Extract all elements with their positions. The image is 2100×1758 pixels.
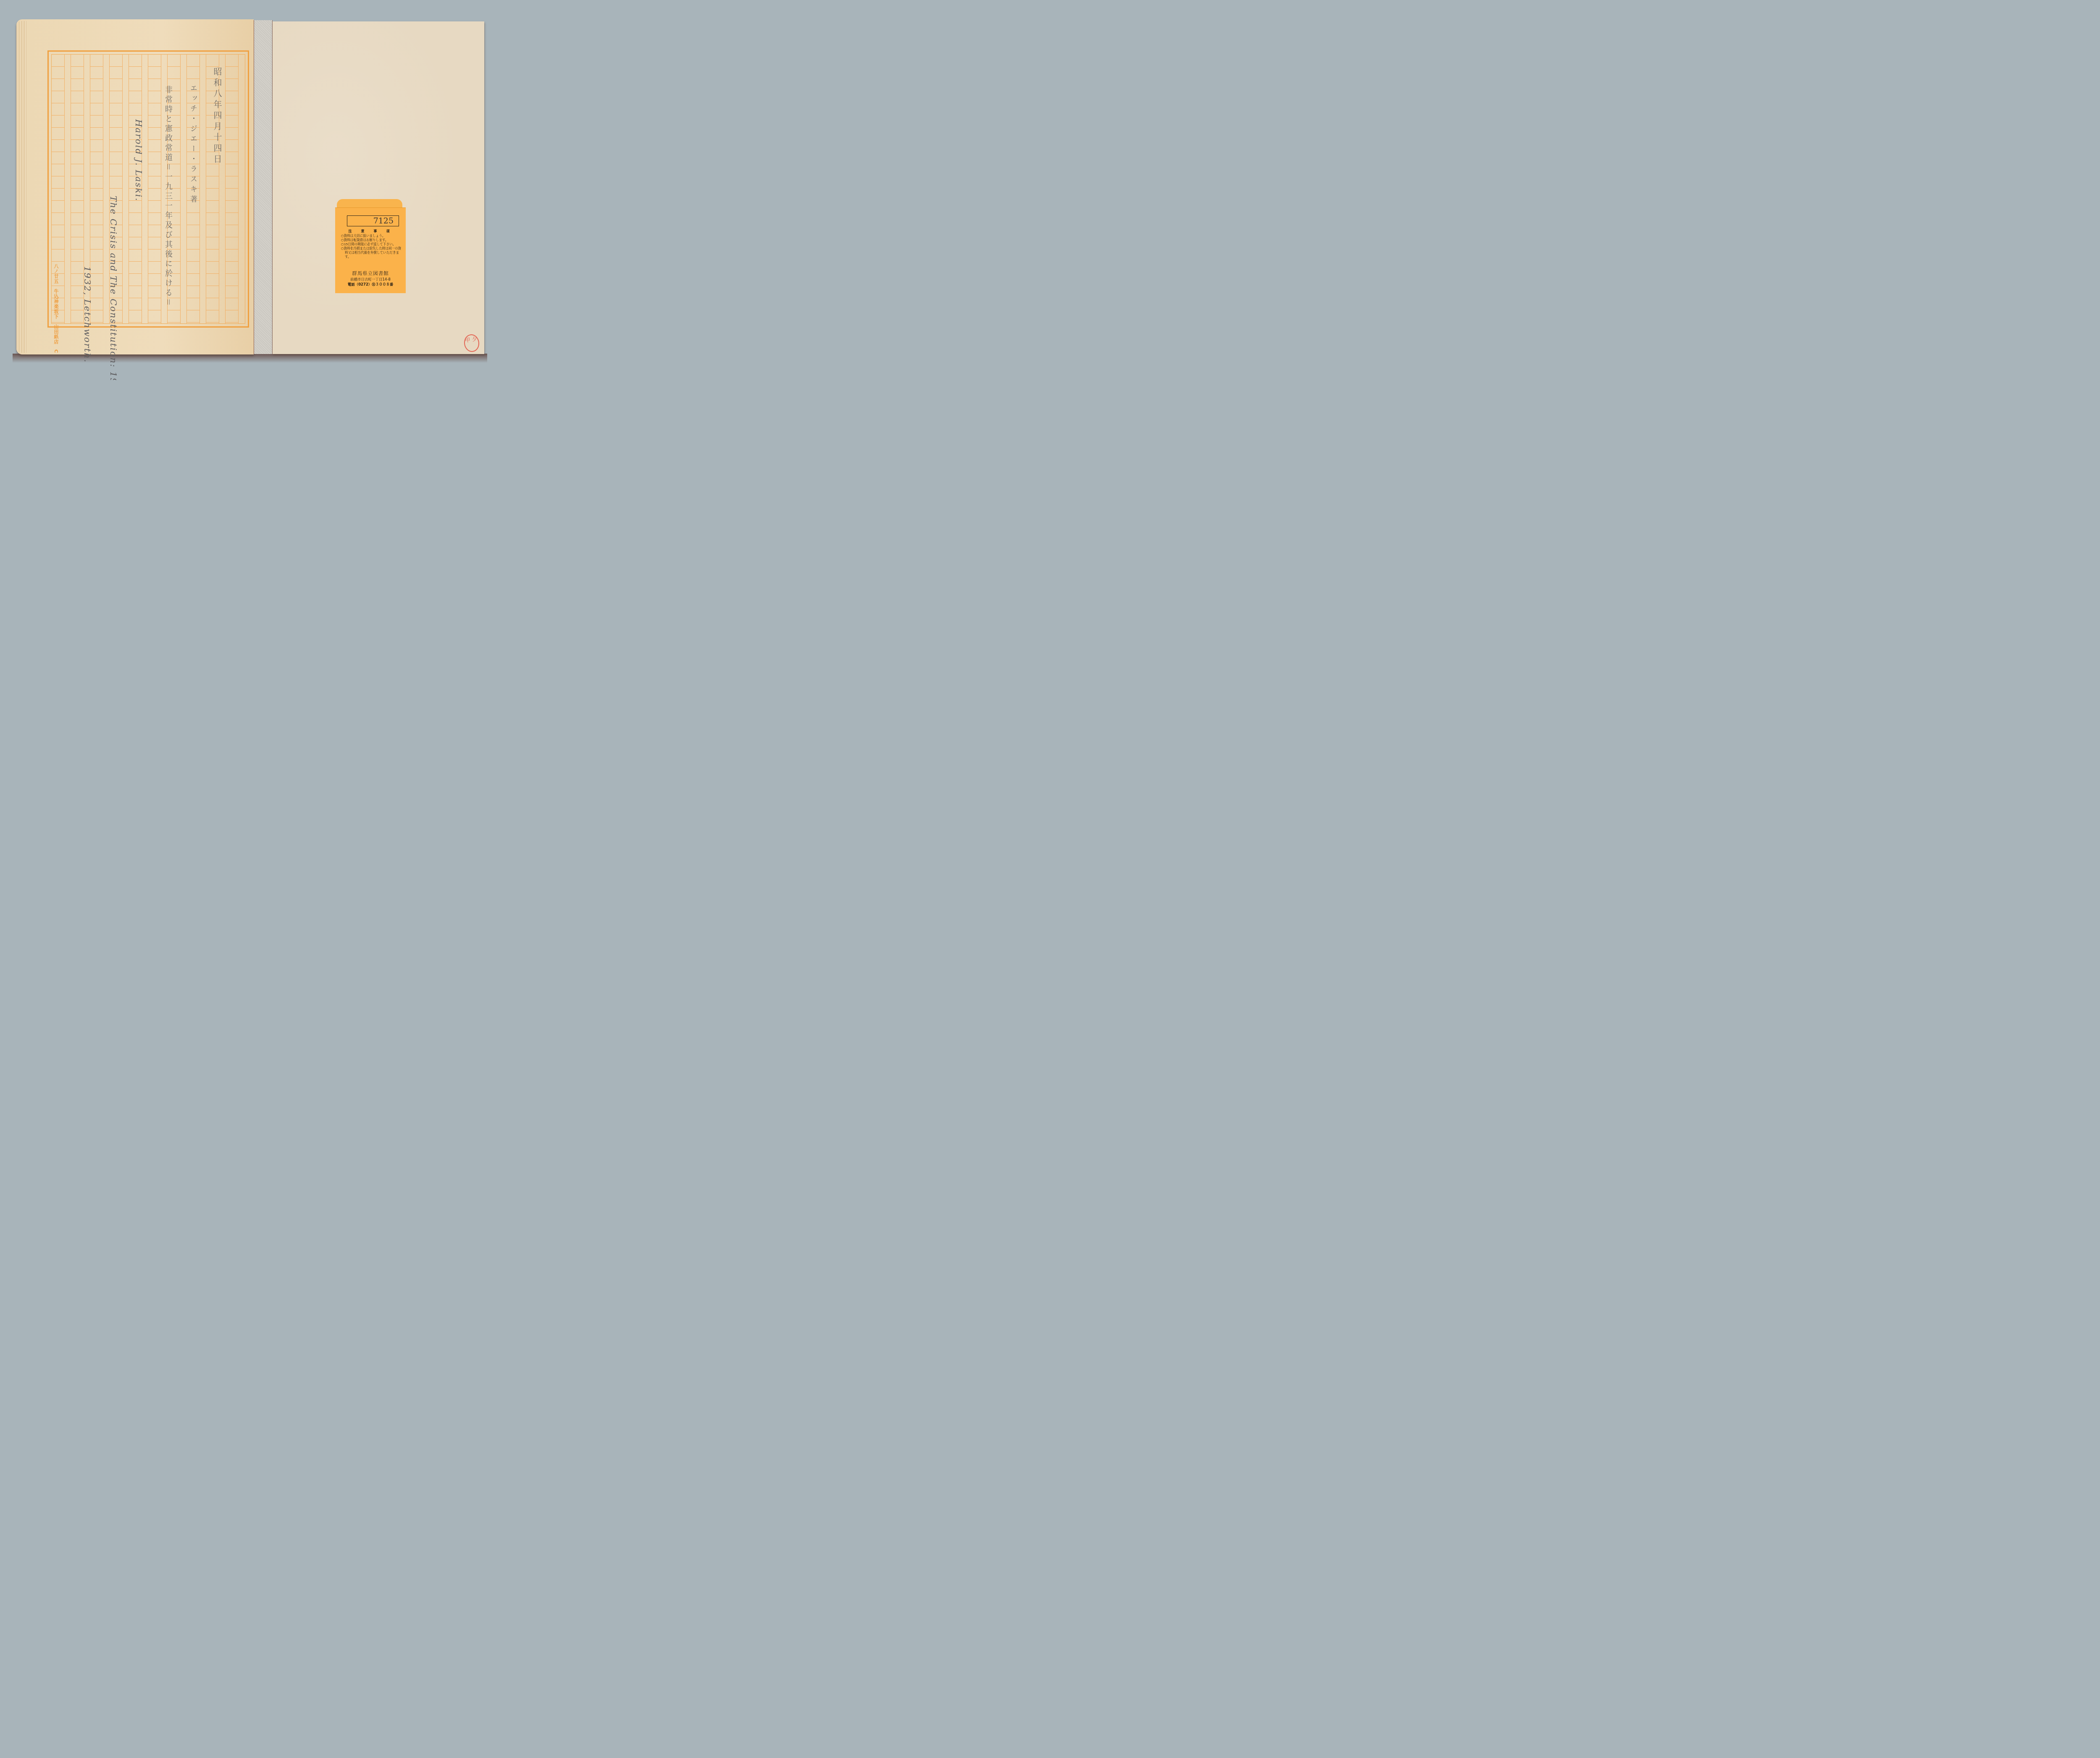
manuscript-page: 八ノ廿五 牛込神楽坂下 山田紙店 C 昭和八年四月十四日 エッチ・ジエー・ラスキ… — [26, 19, 254, 354]
endpaper-page: 7125 注 意 事 項 ○資料は大切に扱いましょう。 ○資料は転貸借はお断りし… — [273, 21, 484, 354]
library-address: 前橋市日吉町一丁目14-8 — [335, 277, 406, 282]
notice-item: ○資料は大切に扱いましょう。 — [341, 234, 404, 238]
grid-spacer — [65, 55, 71, 323]
red-seal-stamp: 甲 夕 — [463, 333, 480, 353]
handwritten-date: 昭和八年四月十四日 — [211, 67, 223, 165]
notice-item: ○資料は転貸借はお断りします。 — [341, 238, 404, 242]
grid-spacer — [181, 55, 187, 323]
grid-column — [148, 55, 161, 323]
pocket-body: 7125 注 意 事 項 ○資料は大切に扱いましょう。 ○資料は転貸借はお断りし… — [335, 207, 406, 293]
handwritten-title-jp: 非常時と憲政常道＝一九三一年及び其後に於ける＝ — [163, 86, 173, 308]
printer-imprint: 八ノ廿五 牛込神楽坂下 山田紙店 C — [53, 264, 59, 353]
library-telephone: 電話（0272）㉛３００８番 — [335, 282, 406, 287]
handwritten-author-en: Harold J. Laski. — [134, 119, 144, 202]
library-name: 群馬県立図書館 — [335, 270, 406, 277]
handwritten-author-jp: エッチ・ジエー・ラスキ著 — [188, 84, 198, 205]
library-card-pocket: 7125 注 意 事 項 ○資料は大切に扱いましょう。 ○資料は転貸借はお断りし… — [335, 199, 406, 293]
page-edge-stack — [16, 21, 26, 353]
left-book-block: 八ノ廿五 牛込神楽坂下 山田紙店 C 昭和八年四月十四日 エッチ・ジエー・ラスキ… — [16, 19, 254, 354]
notice-item: ○資料を汚損または紛失した時は同一の資料又は相当代価を弁償していただきます。 — [341, 247, 404, 259]
card-number: 7125 — [347, 215, 399, 226]
grid-spacer — [239, 55, 245, 323]
grid-spacer — [123, 55, 129, 323]
handwritten-title-en: The Crisis and The Constitution: 1931 an… — [108, 196, 118, 380]
grid-spacer — [200, 55, 206, 323]
spine-gauze — [254, 20, 273, 354]
handwritten-publication: 1932, Letchworth. — [82, 266, 92, 363]
notice-title: 注 意 事 項 — [335, 229, 406, 234]
notice-item: ○15日間の期限に必ず返して下さい。 — [341, 242, 404, 247]
notice-list: ○資料は大切に扱いましょう。 ○資料は転貸借はお断りします。 ○15日間の期限に… — [341, 234, 404, 259]
grid-column — [226, 55, 239, 323]
